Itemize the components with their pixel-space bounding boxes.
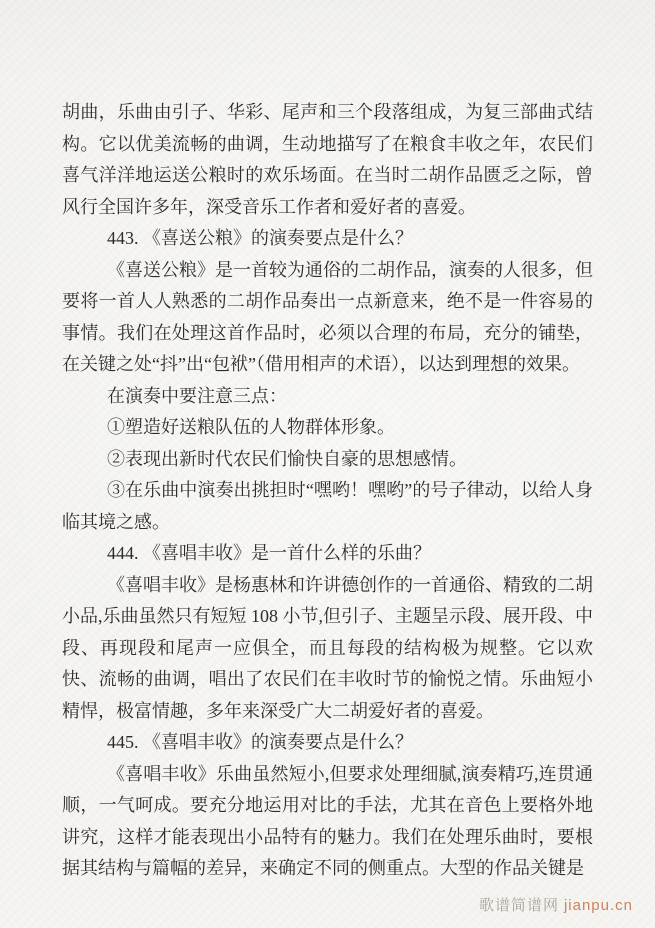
answer-445-paragraph: 《喜唱丰收》乐曲虽然短小,但要求处理细腻,演奏精巧,连贯通顺，一气呵成。要充分地… — [62, 759, 593, 885]
point-item-3: ③在乐曲中演奏出挑担时“嘿哟！嘿哟”的号子律动，以给人身临其境之感。 — [62, 475, 593, 538]
watermark: 歌谱简谱网jianpu.cn — [479, 896, 633, 916]
point-item-1: ①塑造好送粮队伍的人物群体形象。 — [62, 412, 593, 444]
question-443-heading: 443. 《喜送公粮》的演奏要点是什么？ — [62, 223, 593, 255]
question-445-heading: 445. 《喜唱丰收》的演奏要点是什么？ — [62, 727, 593, 759]
answer-443-paragraph: 《喜送公粮》是一首较为通俗的二胡作品，演奏的人很多，但要将一首人人熟悉的二胡作品… — [62, 255, 593, 381]
question-444-heading: 444. 《喜唱丰收》是一首什么样的乐曲？ — [62, 538, 593, 570]
paragraph-intro-continuation: 胡曲，乐曲由引子、华彩、尾声和三个段落组成，为复三部曲式结构。它以优美流畅的曲调… — [62, 97, 593, 223]
point-item-2: ②表现出新时代农民们愉快自豪的思想感情。 — [62, 444, 593, 476]
points-intro-line: 在演奏中要注意三点： — [62, 381, 593, 413]
book-page: 胡曲，乐曲由引子、华彩、尾声和三个段落组成，为复三部曲式结构。它以优美流畅的曲调… — [0, 0, 655, 928]
watermark-site-url: jianpu.cn — [564, 897, 633, 914]
watermark-site-name: 歌谱简谱网 — [479, 897, 559, 914]
answer-444-paragraph: 《喜唱丰收》是杨惠林和许讲德创作的一首通俗、精致的二胡小品,乐曲虽然只有短短 1… — [62, 570, 593, 728]
page-text-content: 胡曲，乐曲由引子、华彩、尾声和三个段落组成，为复三部曲式结构。它以优美流畅的曲调… — [62, 97, 593, 885]
